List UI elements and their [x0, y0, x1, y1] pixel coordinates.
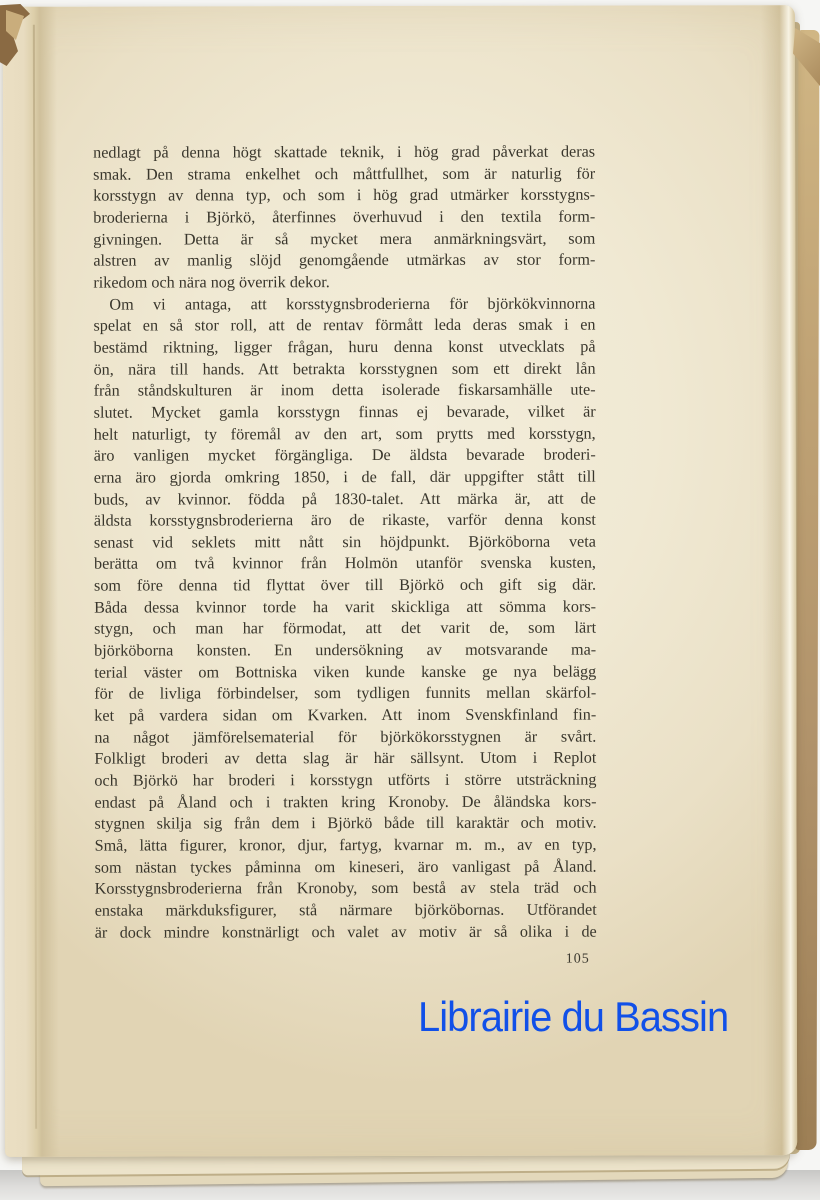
text-line: rikedom och nära nog överrik dekor.	[93, 272, 595, 295]
text-line: erna äro gjorda omkring 1850, i de fall,…	[94, 466, 596, 489]
text-line: ket på vardera sidan om Kvarken. Att ino…	[94, 705, 596, 728]
text-line: enstaka märkduksfigurer, stå närmare bjö…	[95, 900, 597, 923]
text-line: Båda dessa kvinnor torde ha varit skickl…	[94, 596, 596, 619]
text-block: nedlagt på denna högt skattade teknik, i…	[93, 142, 597, 944]
text-line: helt naturligt, ty föremål av den art, s…	[94, 423, 596, 446]
text-line: berätta om två kvinnor från Holmön utanf…	[94, 553, 596, 576]
text-line: som före denna tid flyttat över till Bjö…	[94, 575, 596, 598]
text-line: från ståndskulturen är inom detta isoler…	[94, 380, 596, 403]
text-line: endast på Åland och i trakten kring Kron…	[94, 791, 596, 814]
text-line: bestämd riktning, ligger frågan, huru de…	[93, 336, 595, 359]
text-line: terial väster om Bottniska viken kunde k…	[94, 661, 596, 684]
page-gutter-shadow	[3, 7, 59, 1157]
text-line: äro vanligen mycket förgängliga. De älds…	[94, 445, 596, 468]
watermark-text: Librairie du Bassin	[418, 993, 728, 1041]
text-line: Om vi antaga, att korsstygnsbroderierna …	[93, 293, 595, 316]
book-fore-edge	[796, 30, 820, 1150]
text-line: alstren av manlig slöjd genomgående utmä…	[93, 250, 595, 273]
text-line: är dock mindre konstnärligt och valet av…	[95, 921, 597, 944]
text-line: slutet. Mycket gamla korsstygn finnas ej…	[94, 401, 596, 424]
text-line: buds, av kvinnor. födda på 1830-talet. A…	[94, 488, 596, 511]
page-number: 105	[554, 952, 602, 968]
text-line: ön, nära till hands. Att betrakta korsst…	[94, 358, 596, 381]
text-line: Korsstygnsbroderierna från Kronoby, som …	[95, 878, 597, 901]
book-page: nedlagt på denna högt skattade teknik, i…	[3, 5, 797, 1157]
text-line: korsstygn av denna typ, och som i hög gr…	[93, 185, 595, 208]
text-line: stygn, och man har förmodat, att det var…	[94, 618, 596, 641]
text-line: broderierna i Björkö, återfinnes överhuv…	[93, 207, 595, 230]
text-line: för de livliga förbindelser, som tydlige…	[94, 683, 596, 706]
text-line: björköborna konsten. En undersökning av …	[94, 640, 596, 663]
text-line: Små, lätta figurer, kronor, djur, fartyg…	[95, 835, 597, 858]
text-line: äldsta korsstygnsbroderierna äro de rika…	[94, 510, 596, 533]
text-line: spelat en så stor roll, att de rentav fö…	[93, 315, 595, 338]
page-fold-shadow	[761, 5, 797, 1155]
text-line: som nästan tyckes påminna om kineseri, ä…	[95, 856, 597, 879]
text-line: smak. Den strama enkelhet och måttfullhe…	[93, 163, 595, 186]
text-line: senast vid seklets mitt nått sin höjdpun…	[94, 531, 596, 554]
text-line: Folkligt broderi av detta slag är här sä…	[94, 748, 596, 771]
text-line: och Björkö har broderi i korsstygn utför…	[94, 770, 596, 793]
text-line: nedlagt på denna högt skattade teknik, i…	[93, 142, 595, 165]
text-line: na något jämförelsematerial för björköko…	[94, 726, 596, 749]
text-line: givningen. Detta är så mycket mera anmär…	[93, 228, 595, 251]
text-line: stygnen skilja sig från dem i Björkö båd…	[94, 813, 596, 836]
